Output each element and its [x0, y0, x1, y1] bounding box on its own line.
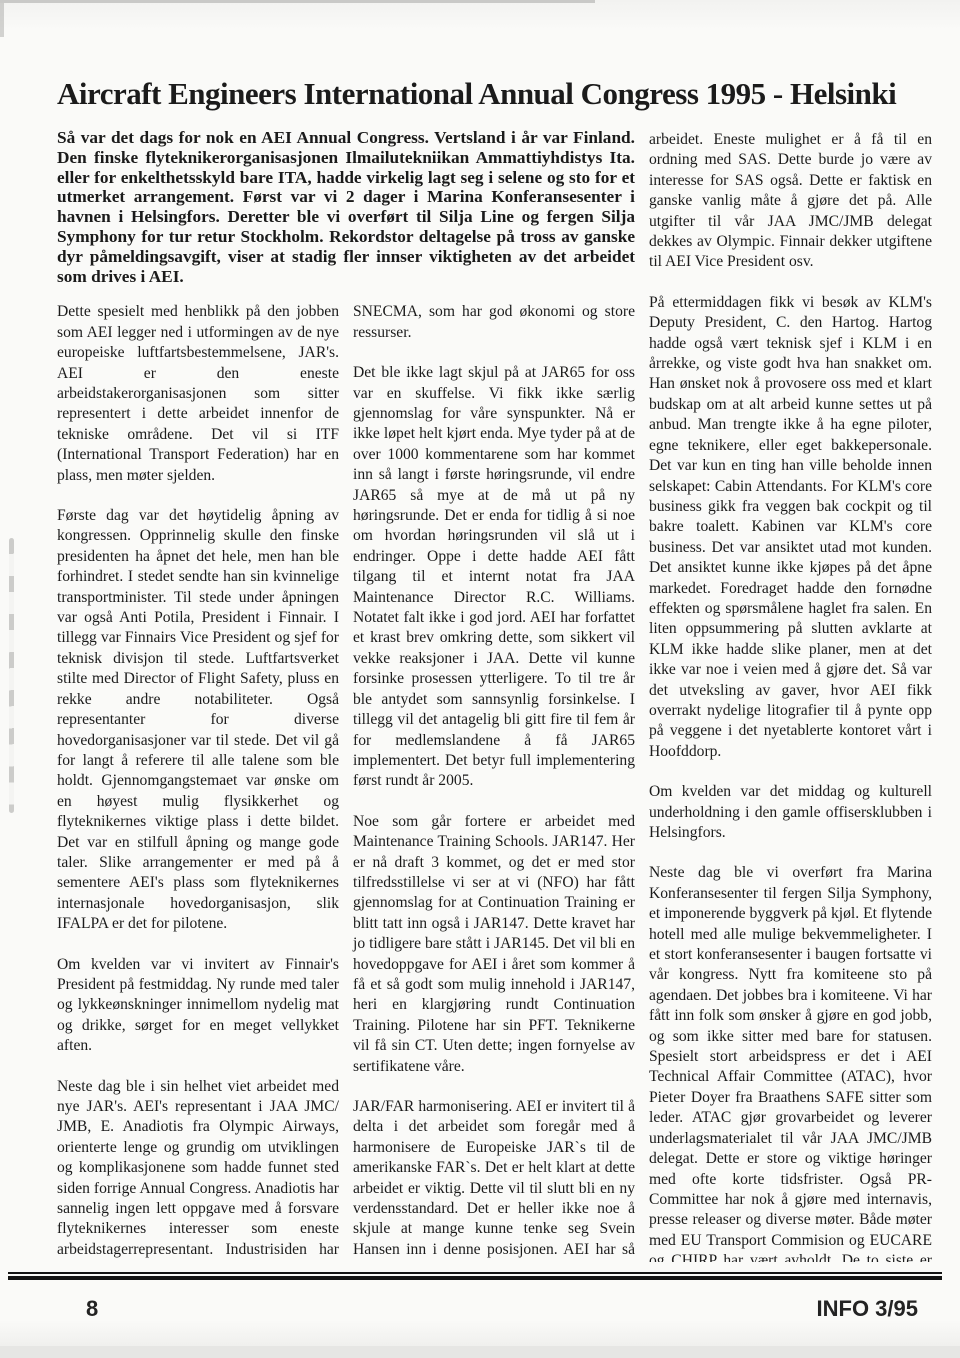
left-two-column-block: Så var det dags for nok en AEI Annual Co…: [57, 128, 635, 1262]
column-middle: SNECMA, som har god økonomi og store res…: [353, 302, 635, 1262]
page-title: Aircraft Engineers International Annual …: [0, 0, 960, 112]
paragraph: arbeidet. Eneste mulighet er å få til en…: [649, 130, 932, 273]
paragraph: SNECMA, som har god økonomi og store res…: [353, 302, 635, 343]
paragraph: Dette spesielt med henblikk på den jobbe…: [57, 302, 339, 486]
issue-label: INFO 3/95: [817, 1296, 918, 1322]
paragraph: Om kvelden var vi invitert av Finnair's …: [57, 955, 339, 1057]
paragraph: JAR/FAR harmonisering. AEI er invitert t…: [353, 1097, 635, 1262]
lead-paragraph: Så var det dags for nok en AEI Annual Co…: [57, 128, 635, 286]
footer-rule: [8, 1272, 942, 1280]
paragraph: Noe som går fortere er arbeidet med Main…: [353, 812, 635, 1077]
paragraph: På ettermiddagen fikk vi besøk av KLM's …: [649, 293, 932, 762]
scanned-magazine-page: Aircraft Engineers International Annual …: [0, 0, 960, 1358]
body-two-columns: Dette spesielt med henblikk på den jobbe…: [57, 302, 635, 1262]
paragraph: Neste dag ble vi overført fra Marina Kon…: [649, 863, 932, 1262]
scan-bottom-artifact: [0, 1346, 960, 1358]
paragraph: Om kvelden var det middag og kulturell u…: [649, 782, 932, 843]
paragraph: Første dag var det høytidelig åpning av …: [57, 506, 339, 935]
article-content: Aircraft Engineers International Annual …: [0, 0, 960, 1262]
column-right: arbeidet. Eneste mulighet er å få til en…: [649, 128, 932, 1262]
page-footer: 8 INFO 3/95: [0, 1296, 960, 1322]
column-left: Dette spesielt med henblikk på den jobbe…: [57, 302, 339, 1262]
article-columns: Så var det dags for nok en AEI Annual Co…: [0, 112, 960, 1262]
paragraph: Det ble ikke lagt skjul på at JAR65 for …: [353, 363, 635, 792]
page-number: 8: [86, 1296, 98, 1322]
paragraph: Neste dag ble i sin helhet viet arbeidet…: [57, 1077, 339, 1262]
